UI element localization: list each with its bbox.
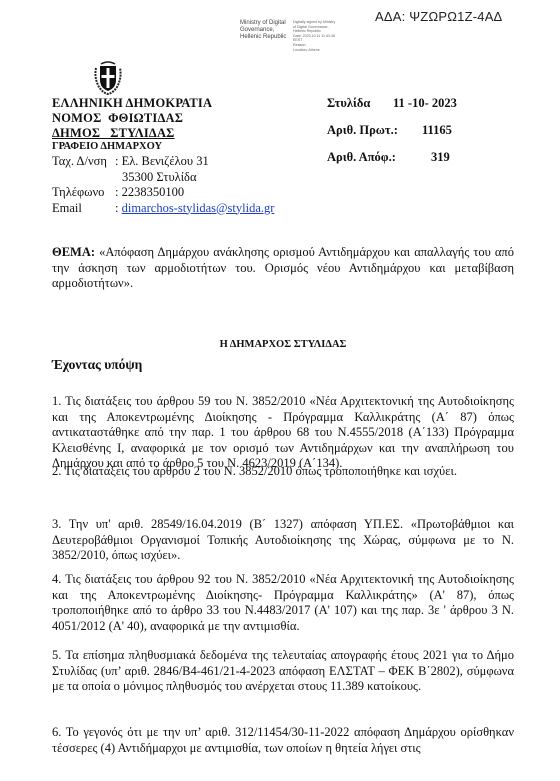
prefecture-name: ΝΟΜΟΣ ΦΘΙΩΤΙΔΑΣ — [52, 111, 212, 126]
document-meta: Στυλίδα 11 -10- 2023 Αριθ. Πρωτ.: 11165 … — [327, 96, 457, 177]
decision-label: Αριθ. Απόφ.: — [327, 150, 422, 177]
digital-signature-details: Digitally signed by Ministry of Digital … — [293, 20, 353, 52]
decision-title: Η ΔΗΜΑΡΧΟΣ ΣΤΥΛΙΔΑΣ — [52, 339, 514, 350]
protocol-number: 11165 — [422, 123, 452, 150]
signature-issuer-line: Hellenic Republic — [240, 34, 286, 41]
paragraph-3: 3. Την υπ' αριθ. 28549/16.04.2019 (Β΄ 13… — [52, 517, 514, 564]
ada-code: ΑΔΑ: ΨΖΩΡΩ1Ζ-4ΑΔ — [375, 9, 502, 24]
place: Στυλίδα — [327, 96, 393, 123]
subject-label: ΘΕΜΑ: — [52, 245, 95, 259]
considering-heading: Έχοντας υπόψη — [52, 357, 142, 373]
contact-block: Ταχ. Δ/νση : Ελ. Βενιζέλου 31 35300 Στυλ… — [52, 154, 274, 216]
paragraph-1: 1. Τις διατάξεις του άρθρου 59 του Ν. 38… — [52, 394, 514, 472]
subject: ΘΕΜΑ: «Απόφαση Δημάρχου ανάκλησης ορισμο… — [52, 245, 514, 292]
decision-number: 319 — [422, 150, 450, 177]
paragraph-2: 2. Τις διατάξεις του άρθρου 2 του Ν. 385… — [52, 464, 514, 480]
greek-coat-of-arms-icon — [91, 60, 125, 96]
phone-label: Τηλέφωνο — [52, 185, 115, 201]
republic-name: ΕΛΛΗΝΙΚΗ ΔΗΜΟΚΡΑΤΙΑ — [52, 96, 212, 111]
address-line-2: 35300 Στυλίδα — [115, 170, 197, 186]
subject-text: «Απόφαση Δημάρχου ανάκλησης ορισμού Αντι… — [52, 245, 514, 290]
office-name: ΓΡΑΦΕΙΟ ΔΗΜΑΡΧΟΥ — [52, 141, 212, 153]
date: 11 -10- 2023 — [393, 96, 457, 123]
address-line-1: : Ελ. Βενιζέλου 31 — [115, 154, 209, 170]
protocol-label: Αριθ. Πρωτ.: — [327, 123, 422, 150]
digital-signature-issuer: Ministry of Digital Governance, Hellenic… — [240, 20, 286, 41]
signature-issuer-line: Ministry of Digital — [240, 20, 286, 27]
address-label: Ταχ. Δ/νση — [52, 154, 115, 170]
email-separator: : — [115, 201, 122, 217]
signature-issuer-line: Governance, — [240, 27, 286, 34]
municipality-name: ΔΗΜΟΣ ΣΤΥΛΙΔΑΣ — [52, 126, 212, 141]
email-label: Email — [52, 201, 115, 217]
paragraph-4: 4. Τις διατάξεις του άρθρου 92 του Ν. 38… — [52, 572, 514, 634]
signature-detail-line: Location: Athens — [293, 48, 353, 53]
paragraph-6: 6. Το γεγονός ότι με την υπ’ αριθ. 312/1… — [52, 725, 514, 756]
email-link[interactable]: dimarchos-stylidas@stylida.gr — [122, 201, 275, 217]
phone-value: : 2238350100 — [115, 185, 184, 201]
paragraph-5: 5. Τα επίσημα πληθυσμιακά δεδομένα της τ… — [52, 648, 514, 695]
issuer-header: ΕΛΛΗΝΙΚΗ ΔΗΜΟΚΡΑΤΙΑ ΝΟΜΟΣ ΦΘΙΩΤΙΔΑΣ ΔΗΜΟ… — [52, 96, 212, 153]
